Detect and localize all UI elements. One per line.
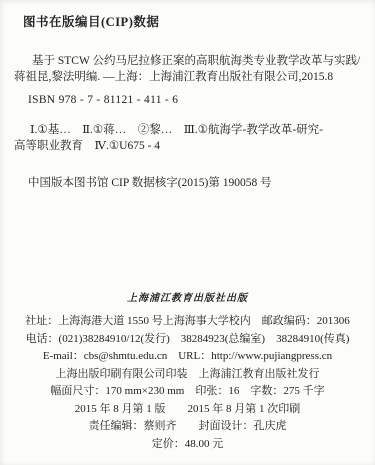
email-url-line: E-mail：cbs@shmtu.edu.cn URL：http://www.p… <box>0 348 375 366</box>
classification-line-1: Ⅰ.①基… Ⅱ.①蒋… ②黎… Ⅲ.①航海学-教学改革-研究- <box>14 122 363 138</box>
book-copyright-page: 图书在版编目(CIP)数据 基于 STCW 公约马尼拉修正案的高职航海类专业教学… <box>0 0 375 465</box>
book-title-line: 基于 STCW 公约马尼拉修正案的高职航海类专业教学改革与实践/ <box>14 53 363 69</box>
printer-distributor-line: 上海出版印刷有限公司印装 上海浦江教育出版社发行 <box>0 366 375 384</box>
format-sheets-wordcount-line: 幅面尺寸：170 mm×230 mm 印张：16 字数：275 千字 <box>0 383 375 401</box>
publisher-address-line: 社址：上海海港大道 1550 号上海海事大学校内 邮政编码：201306 <box>0 313 375 331</box>
publisher-imprint-line: 上海浦江教育出版社出版 <box>0 292 375 306</box>
edition-printing-line: 2015 年 8 月第 1 版 2015 年 8 月第 1 次印刷 <box>0 401 375 419</box>
publisher-phone-line: 电话：(021)38284910/12(发行) 38284923(总编室) 38… <box>0 331 375 349</box>
cip-data-heading: 图书在版编目(CIP)数据 <box>23 15 375 30</box>
cip-classification: Ⅰ.①基… Ⅱ.①蒋… ②黎… Ⅲ.①航海学-教学改革-研究- 高等职业教育 Ⅳ… <box>14 122 363 154</box>
colophon-block: 上海浦江教育出版社出版 社址：上海海港大道 1550 号上海海事大学校内 邮政编… <box>0 292 375 453</box>
price-line: 定价：48.00 元 <box>0 436 375 454</box>
cip-bibliographic-entry: 基于 STCW 公约马尼拉修正案的高职航海类专业教学改革与实践/ 蒋祖昆,黎法明… <box>14 53 363 85</box>
classification-line-2: 高等职业教育 Ⅳ.①U675 - 4 <box>14 140 160 152</box>
isbn-line: ISBN 978 - 7 - 81121 - 411 - 6 <box>28 93 375 108</box>
editor-designer-line: 责任编辑：蔡则齐 封面设计：孔庆虎 <box>0 418 375 436</box>
cip-record-number-line: 中国版本图书馆 CIP 数据核字(2015)第 190058 号 <box>28 176 375 191</box>
authors-publisher-line: 蒋祖昆,黎法明编. —上海：上海浦江教育出版社有限公司,2015.8 <box>14 71 333 83</box>
